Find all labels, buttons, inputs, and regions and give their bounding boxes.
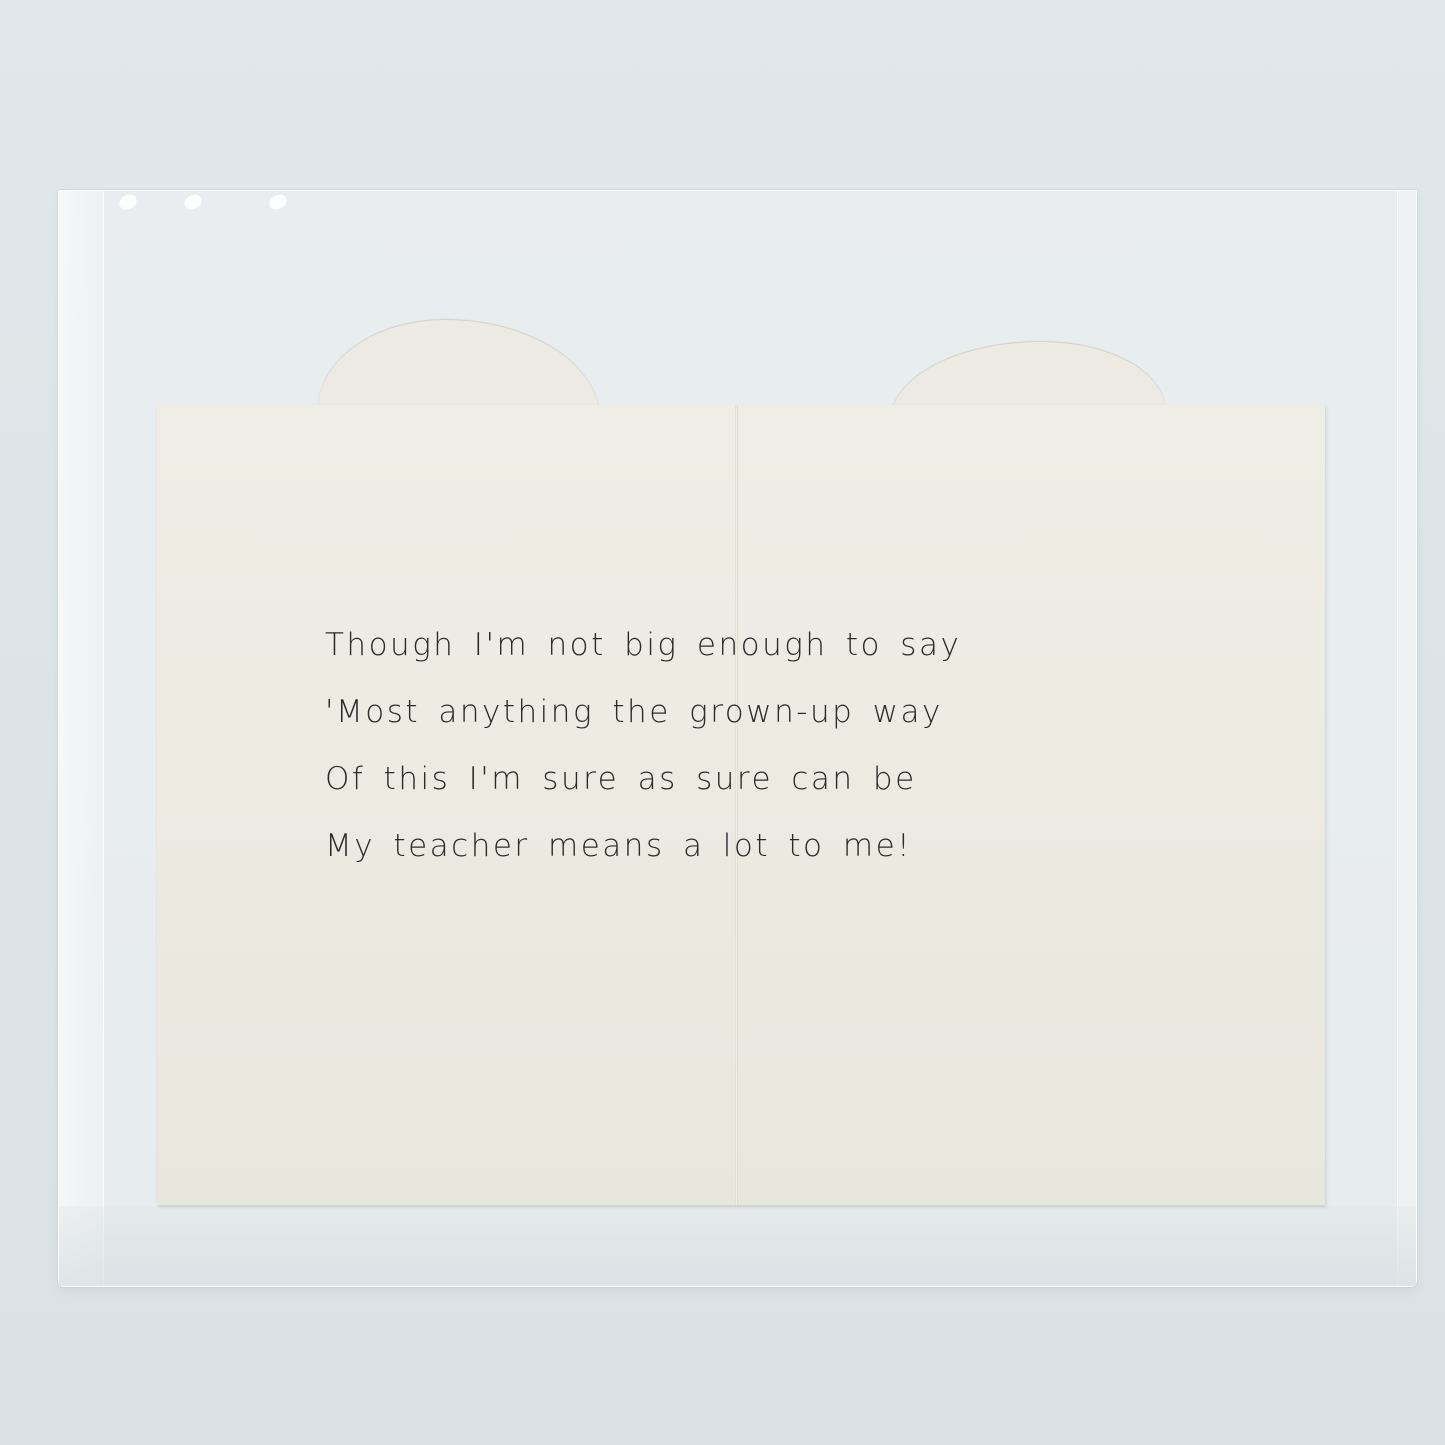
sleeve-glare — [182, 191, 205, 212]
verse-line: Though I'm not big enough to say — [325, 612, 1125, 679]
photo-scene: Though I'm not big enough to say 'Most a… — [0, 0, 1445, 1445]
sleeve-glare — [117, 191, 140, 212]
sleeve-flap-edge — [59, 191, 104, 1286]
card-verse: Though I'm not big enough to say 'Most a… — [325, 612, 1125, 880]
verse-line: My teacher means a lot to me! — [325, 813, 1125, 880]
sleeve-glare — [267, 191, 290, 212]
sleeve-bottom-band — [59, 1206, 1416, 1286]
verse-line: Of this I'm sure as sure can be — [325, 746, 1125, 813]
sleeve-right-edge — [1397, 191, 1416, 1286]
verse-line: 'Most anything the grown-up way — [325, 679, 1125, 746]
